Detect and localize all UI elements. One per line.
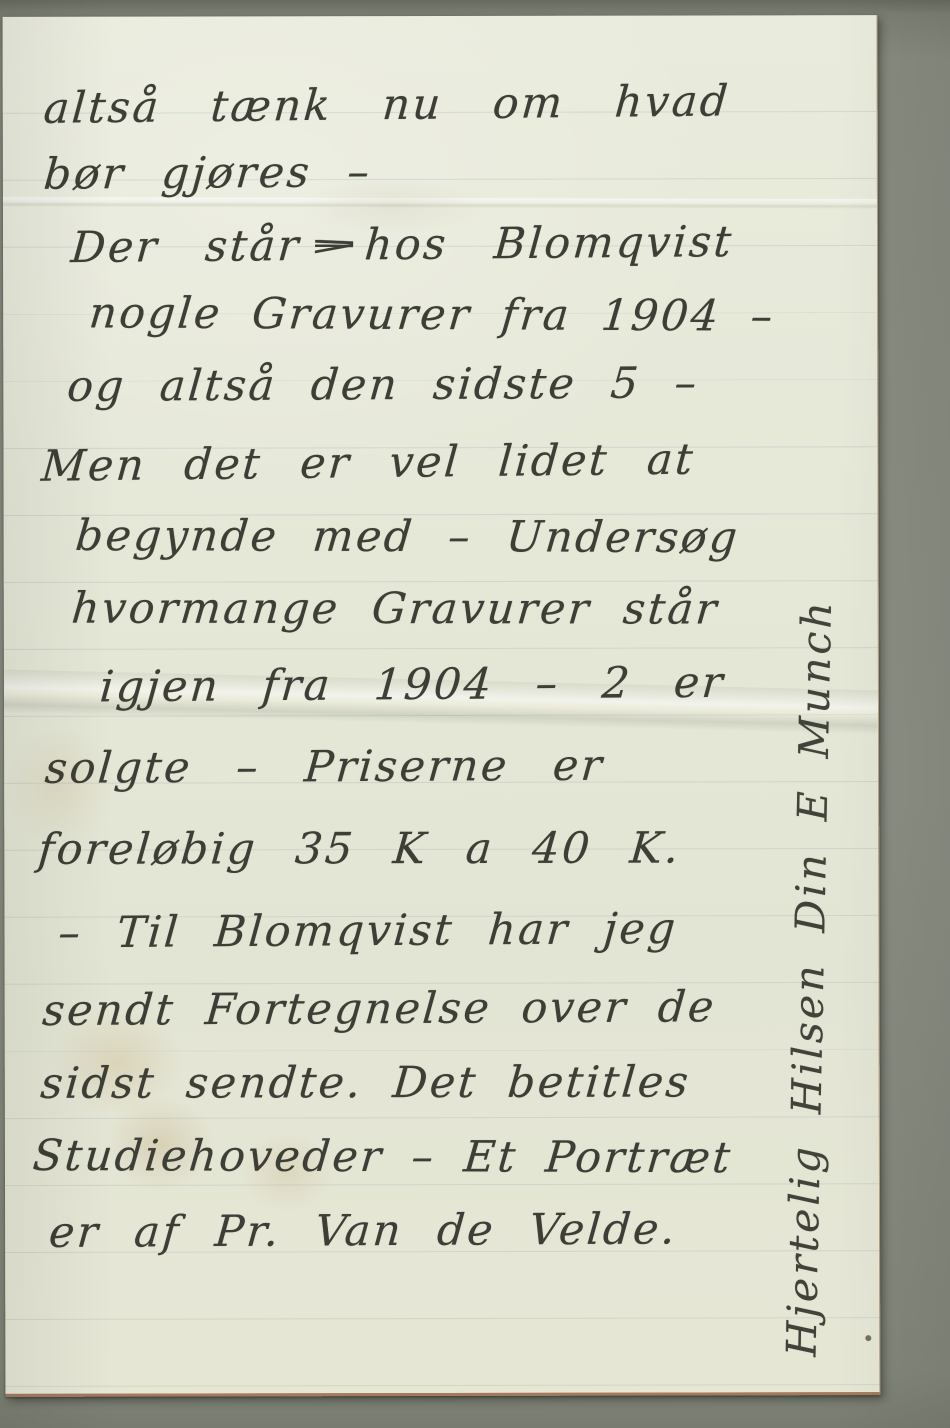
letter-page: altså tænk nu om hvadbør gjøres –Der stå… (3, 15, 881, 1397)
signature-text: Din E Munch (786, 598, 841, 932)
handwriting-text: sendt Fortegnelse over de (41, 982, 718, 1036)
handwriting-text: Men det er vel lidet at (40, 435, 697, 492)
handwriting-line: solgte – Priserne er (43, 745, 605, 791)
handwriting-text: solgte – Priserne er (43, 741, 606, 794)
letter-body: altså tænk nu om hvadbør gjøres –Der stå… (3, 15, 880, 1394)
handwriting-text: sidst sendte. Det betitles (39, 1057, 693, 1108)
struck-out-word (315, 237, 353, 254)
handwriting-text: igjen fra 1904 – 2 er (98, 658, 727, 713)
handwriting-line: nogle Gravurer fra 1904 – (87, 292, 777, 338)
handwriting-line: altså tænk nu om hvad (42, 80, 731, 130)
handwriting-line: Men det er vel lidet at (40, 439, 697, 489)
handwriting-line: igjen fra 1904 – 2 er (98, 662, 726, 710)
handwriting-line: foreløbig 35 K a 40 K. (36, 827, 682, 871)
scan-background: altså tænk nu om hvadbør gjøres –Der stå… (0, 0, 950, 1428)
handwriting-text: altså tænk nu om hvad (42, 76, 732, 133)
handwriting-line: begynde med – Undersøg (74, 515, 742, 560)
handwriting-line: er af Pr. Van de Velde. (47, 1208, 679, 1255)
handwriting-text: hvormange Gravurer står (70, 584, 721, 635)
handwriting-text: Studiehoveder – Et Portræt (31, 1131, 735, 1183)
handwriting-text: Der står (69, 221, 303, 273)
handwriting-text: hos Blomqvist (363, 217, 736, 270)
handwriting-text: og altså den sidste 5 – (65, 358, 700, 412)
handwriting-text: foreløbig 35 K a 40 K. (36, 823, 683, 874)
handwriting-line: hvormange Gravurer står (70, 588, 721, 632)
handwriting-text: begynde med – Undersøg (73, 511, 741, 563)
handwriting-text: – Til Blomqvist har jeg (57, 904, 680, 959)
handwriting-line: sidst sendte. Det betitles (39, 1061, 692, 1105)
handwriting-text: bør gjøres – (42, 147, 374, 199)
handwriting-line: Studiehoveder – Et Portræt (31, 1135, 734, 1180)
handwriting-line: og altså den sidste 5 – (66, 362, 701, 409)
handwriting-text: er af Pr. Van de Velde. (47, 1204, 679, 1258)
handwriting-line: bør gjøres – (42, 151, 373, 196)
handwriting-text: nogle Gravurer fra 1904 – (87, 288, 777, 341)
handwriting-line: – Til Blomqvist har jeg (57, 908, 679, 956)
closing-text: Hjertelig Hilsen (778, 962, 834, 1357)
handwriting-line: Der stårhos Blomqvist (69, 221, 735, 270)
handwriting-line: sendt Fortegnelse over de (41, 986, 718, 1033)
